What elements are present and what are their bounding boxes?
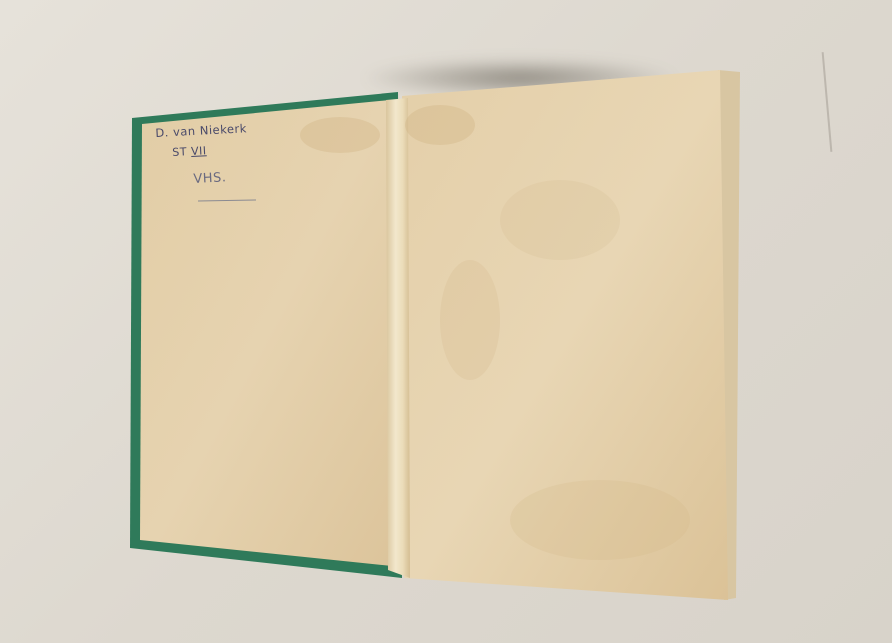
standard-value: VII bbox=[191, 144, 207, 158]
inside-cover-page bbox=[140, 100, 392, 566]
gutter bbox=[386, 98, 410, 578]
inscription-school: VHS. bbox=[193, 170, 227, 187]
standard-prefix: ST bbox=[172, 145, 187, 159]
inscription-standard: ST VII bbox=[172, 144, 207, 159]
book bbox=[0, 0, 892, 643]
photo-scene: D. van Niekerk ST VII VHS. bbox=[0, 0, 892, 643]
